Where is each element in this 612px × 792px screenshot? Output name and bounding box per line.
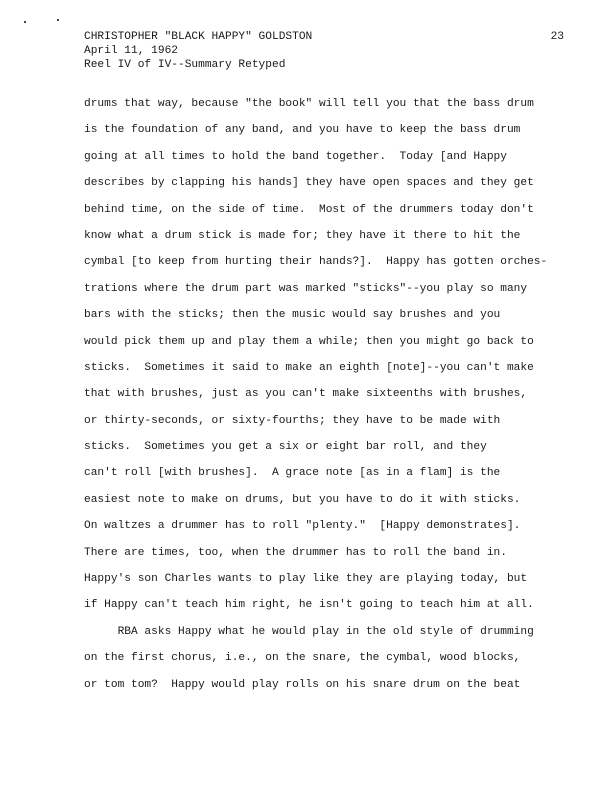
- text-line: would pick them up and play them a while…: [84, 329, 564, 355]
- text-line: or thirty-seconds, or sixty-fourths; the…: [84, 408, 564, 434]
- page-header: CHRISTOPHER "BLACK HAPPY" GOLDSTON 23 Ap…: [84, 30, 564, 72]
- text-line: sticks. Sometimes you get a six or eight…: [84, 434, 564, 460]
- text-line: RBA asks Happy what he would play in the…: [84, 619, 564, 645]
- text-line: trations where the drum part was marked …: [84, 276, 564, 302]
- text-line: know what a drum stick is made for; they…: [84, 223, 564, 249]
- text-line: Happy's son Charles wants to play like t…: [84, 566, 564, 592]
- text-line: bars with the sticks; then the music wou…: [84, 302, 564, 328]
- text-line: on the first chorus, i.e., on the snare,…: [84, 645, 564, 671]
- text-line: describes by clapping his hands] they ha…: [84, 170, 564, 196]
- text-line: easiest note to make on drums, but you h…: [84, 487, 564, 513]
- header-reel: Reel IV of IV--Summary Retyped: [84, 58, 564, 72]
- header-date: April 11, 1962: [84, 44, 564, 58]
- transcript-body: drums that way, because "the book" will …: [84, 91, 564, 698]
- scan-speck: [24, 21, 26, 23]
- text-line: going at all times to hold the band toge…: [84, 144, 564, 170]
- text-line: On waltzes a drummer has to roll "plenty…: [84, 513, 564, 539]
- text-line: if Happy can't teach him right, he isn't…: [84, 592, 564, 618]
- text-line: behind time, on the side of time. Most o…: [84, 197, 564, 223]
- page-number: 23: [551, 30, 564, 44]
- document-page: CHRISTOPHER "BLACK HAPPY" GOLDSTON 23 Ap…: [0, 0, 612, 792]
- text-line: that with brushes, just as you can't mak…: [84, 381, 564, 407]
- text-line: or tom tom? Happy would play rolls on hi…: [84, 672, 564, 698]
- text-line: can't roll [with brushes]. A grace note …: [84, 460, 564, 486]
- text-line: sticks. Sometimes it said to make an eig…: [84, 355, 564, 381]
- text-line: cymbal [to keep from hurting their hands…: [84, 249, 564, 275]
- text-line: drums that way, because "the book" will …: [84, 91, 564, 117]
- scan-speck: [57, 19, 59, 21]
- text-line: is the foundation of any band, and you h…: [84, 117, 564, 143]
- header-title: CHRISTOPHER "BLACK HAPPY" GOLDSTON: [84, 30, 564, 44]
- text-line: There are times, too, when the drummer h…: [84, 540, 564, 566]
